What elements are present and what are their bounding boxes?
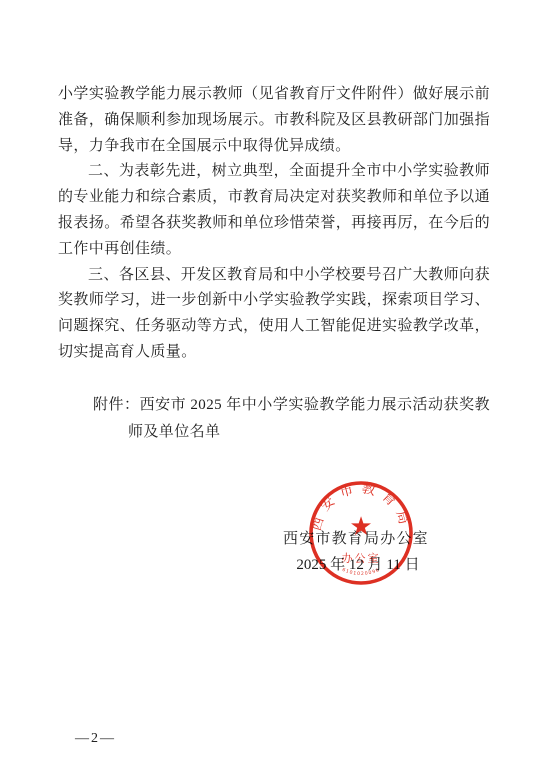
document-body: 小学实验教学能力展示教师（见省教育厅文件附件）做好展示前准备，确保顺利参加现场展… bbox=[58, 82, 490, 366]
seal-code-text: 6101020096 bbox=[341, 567, 381, 577]
body-paragraph-1: 小学实验教学能力展示教师（见省教育厅文件附件）做好展示前准备，确保顺利参加现场展… bbox=[58, 82, 490, 159]
attachment-line: 附件：西安市 2025 年中小学实验教学能力展示活动获奖教师及单位名单 bbox=[58, 392, 490, 446]
attachment-text: 西安市 2025 年中小学实验教学能力展示活动获奖教师及单位名单 bbox=[128, 397, 490, 440]
page-number: —2— bbox=[75, 731, 116, 747]
attachment-label: 附件： bbox=[93, 397, 140, 413]
official-seal-stamp: 西安市教育局 ★ 办公室 6101020096 bbox=[301, 473, 421, 593]
seal-office-text: 办公室 bbox=[342, 551, 381, 565]
body-paragraph-3: 三、各区县、开发区教育局和中小学校要号召广大教师向获奖教师学习，进一步创新中小学… bbox=[58, 263, 490, 366]
seal-star-icon: ★ bbox=[349, 512, 372, 542]
document-page: 小学实验教学能力展示教师（见省教育厅文件附件）做好展示前准备，确保顺利参加现场展… bbox=[0, 0, 555, 784]
body-paragraph-2: 二、为表彰先进，树立典型，全面提升全市中小学实验教师的专业能力和综合素质，市教育… bbox=[58, 159, 490, 262]
